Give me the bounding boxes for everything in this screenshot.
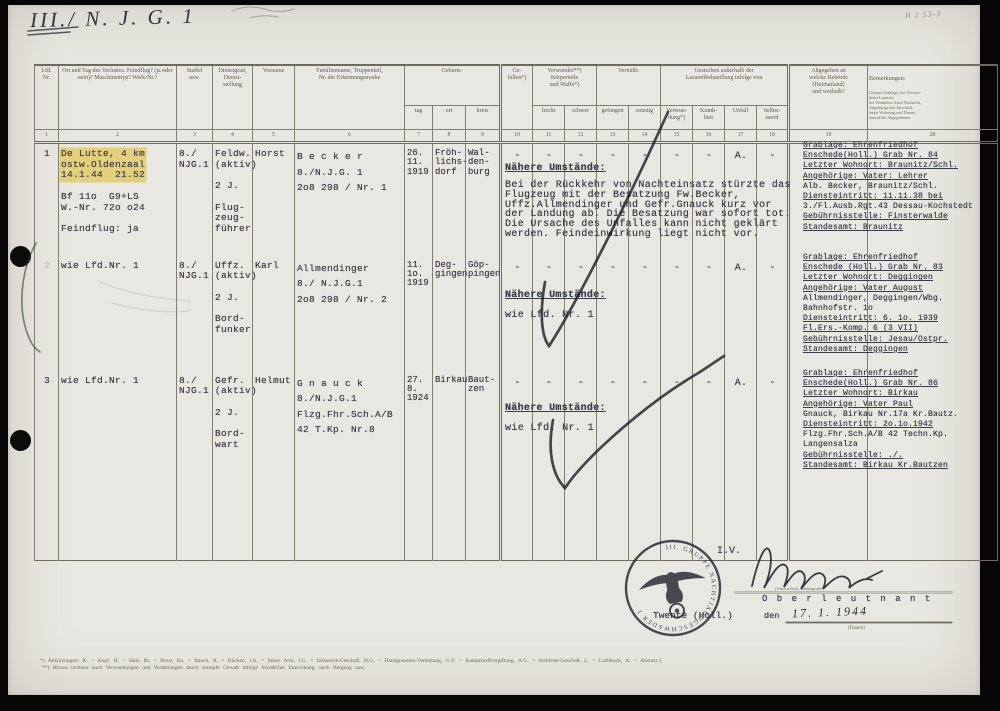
handwritten-date: 17. 1. 1944 xyxy=(792,604,868,622)
cell-geb-kreis: Göp- pingen xyxy=(466,256,501,371)
header-gefallen: Ge- fallen*) xyxy=(501,65,533,130)
footnotes: *) Abkürzungen: K. = Kopf, H. = Hals, Br… xyxy=(40,658,970,672)
cell-verw-leicht: - xyxy=(533,371,565,500)
cell-gest-verwundung: - xyxy=(661,371,693,500)
cell-familienname: G n a u c k 8./N.J.G.1 Flzg.Fhr.Sch.A/B … xyxy=(295,371,405,500)
scanned-document: III./ N. J. G. 1 H 2 53-3 Lfd. Nr. Ort u… xyxy=(0,0,1000,711)
cell-geb-tag: 11. 1o. 1919 xyxy=(405,256,433,371)
cell-staffel: 8./ NJG.1 xyxy=(177,371,213,500)
umstaende-heading: Nähere Umstände: xyxy=(505,163,606,174)
umstaende-heading: Nähere Umstände: xyxy=(505,403,606,414)
header-staffel: Staffel usw. xyxy=(177,65,213,130)
cell-staffel: 8./ NJG.1 xyxy=(177,256,213,371)
iv-label: I.V. xyxy=(717,546,741,557)
cell-geb-kreis: Baut- zen xyxy=(466,371,501,500)
bemerkungen-block-1: Grablage: EhrenfriedhofEnschede(Holl.) G… xyxy=(803,141,993,233)
cell-geb-ort: Birkau xyxy=(433,371,466,500)
header-dienstgrad: Dienstgrad, Dienst- stellung xyxy=(213,65,253,130)
umstaende-text: Bei der Rückkehr von Nachteinsatz stürzt… xyxy=(505,181,796,240)
cell-geb-ort: Fröh- lichs- dorf xyxy=(433,143,466,256)
cell-staffel: 8./ NJG.1 xyxy=(177,143,213,256)
header-vorname: Vorname xyxy=(253,65,295,130)
header-geburts: Geburts- xyxy=(405,65,501,105)
header-gestorben: Gestorben außerhalb der Lazarettbehandlu… xyxy=(661,65,789,105)
header-verwundet: Verwundet**) Körperteile und Waffe*) xyxy=(533,65,597,105)
header-geb-ort: ort xyxy=(433,105,466,129)
cell-ort-tag: De Lutte, 4 kmostw.Oldenzaal14.1.44 21.5… xyxy=(59,143,177,256)
bemerkungen-note: Genaue Grablage, bei Verwun- deten Lazar… xyxy=(869,90,996,120)
umstaende-text: wie Lfd. Nr. 1 xyxy=(505,424,796,434)
cell-ort-tag: wie Lfd.Nr. 1 xyxy=(59,371,177,500)
header-verwundet-schwer: schwer xyxy=(565,105,597,129)
umstaende-heading: Nähere Umstände: xyxy=(505,290,606,301)
header-abgegeben: Abgegeben an welche Behörde (Heimatland)… xyxy=(789,65,868,130)
cell-verw-schwer: - xyxy=(565,371,597,500)
datum-note: (Datum) xyxy=(848,626,865,631)
cell-geb-tag: 27. 8. 1924 xyxy=(405,371,433,500)
empty-row xyxy=(35,500,998,561)
cell-gest-selbstmord: - xyxy=(757,371,789,500)
cell-gest-krankheit: - xyxy=(693,371,725,500)
cell-vorname: Karl xyxy=(253,256,295,371)
header-ort-tag: Ort und Tag des Verlustes. Feindflug? (j… xyxy=(59,65,177,130)
cell-geb-tag: 26. 11. 1919 xyxy=(405,143,433,256)
header-vermisst: Vermißt: xyxy=(597,65,661,105)
header-vermisst-gefangen: gefangen xyxy=(597,105,629,129)
cell-lfd-nr: 2 xyxy=(35,256,59,371)
punch-hole-bottom xyxy=(10,430,31,451)
cell-geb-ort: Deg- gingen xyxy=(433,256,466,371)
cell-dienstgrad: Uffz. (aktiv) 2 J. Bord- funker xyxy=(213,256,253,371)
header-geb-tag: tag xyxy=(405,105,433,129)
bemerkungen-label: Bemerkungen: xyxy=(869,75,996,82)
header-geb-kreis: kreis xyxy=(466,105,501,129)
rank-label: O b e r l e u t n a n t xyxy=(762,594,932,604)
footnote-2: **) Hierzu rechnen auch Verwundungen und… xyxy=(42,665,970,672)
cell-lfd-nr: 1 xyxy=(35,143,59,256)
header-bemerkungen: Bemerkungen: Genaue Grablage, bei Verwun… xyxy=(868,65,998,130)
cell-verm-gefangen: - xyxy=(597,371,629,500)
header-gest-selbstmord: Selbst- mord xyxy=(757,105,789,129)
cell-vorname: Helmut xyxy=(253,371,295,500)
corner-pencil-note: H 2 53-3 xyxy=(905,9,942,20)
header-gest-unfall: Unfall xyxy=(725,105,757,129)
signature-line xyxy=(735,592,952,593)
cell-familienname: B e c k e r 8./N.J.G. 1 2o8 298 / Nr. 1 xyxy=(295,143,405,256)
footnote-1: *) Abkürzungen: K. = Kopf, H. = Hals, Br… xyxy=(40,658,970,665)
punch-hole-top xyxy=(10,246,31,267)
umstaende-text: wie Lfd. Nr. 1 xyxy=(505,311,796,321)
cell-gest-unfall: A. xyxy=(725,371,757,500)
cell-gefallen: - xyxy=(501,371,533,500)
header-lfd-nr: Lfd. Nr. xyxy=(35,65,59,130)
header-verwundet-leicht: leicht xyxy=(533,105,565,129)
cell-lfd-nr: 3 xyxy=(35,371,59,500)
date-line xyxy=(786,622,952,623)
place-label: Twente (Holl.) xyxy=(653,610,733,621)
header-familienname: Familienname, Truppenteil, Nr. der Erken… xyxy=(295,65,405,130)
cell-ort-tag: wie Lfd.Nr. 1 xyxy=(59,256,177,371)
unterschrift-note: (Unterschrift, Dienstgrad) xyxy=(775,586,822,591)
umstaende-block-2: Nähere Umstände: wie Lfd. Nr. 1 xyxy=(505,284,796,321)
cell-dienstgrad: Feldw. (aktiv) 2 J. Flug- zeug- führer xyxy=(213,143,253,256)
bemerkungen-block-2: Grablage: EhrenfriedhofEnschede (Holl.) … xyxy=(803,253,993,355)
bemerkungen-block-3: Grablage: EhrenfriedhofEnschede(Holl.) G… xyxy=(803,369,993,471)
umstaende-block-1: Nähere Umstände: Bei der Rückkehr von Na… xyxy=(505,157,796,240)
umstaende-block-3: Nähere Umstände: wie Lfd. Nr. 1 xyxy=(505,397,796,434)
header-gest-krankheit: Krank- heit xyxy=(693,105,725,129)
header-gest-verwundung: Verwun- dung*) xyxy=(661,105,693,129)
cell-verm-sonstig: - xyxy=(629,371,661,500)
cell-geb-kreis: Wal- den- burg xyxy=(466,143,501,256)
den-label: den xyxy=(764,611,779,621)
handwritten-unit-title: III./ N. J. G. 1 xyxy=(30,4,196,33)
cell-familienname: Allmendinger 8./ N.J.G.1 2o8 298 / Nr. 2 xyxy=(295,256,405,371)
header-vermisst-sonstig: sonstig xyxy=(629,105,661,129)
cell-dienstgrad: Gefr. (aktiv) 2 J. Bord- wart xyxy=(213,371,253,500)
cell-vorname: Horst xyxy=(253,143,295,256)
